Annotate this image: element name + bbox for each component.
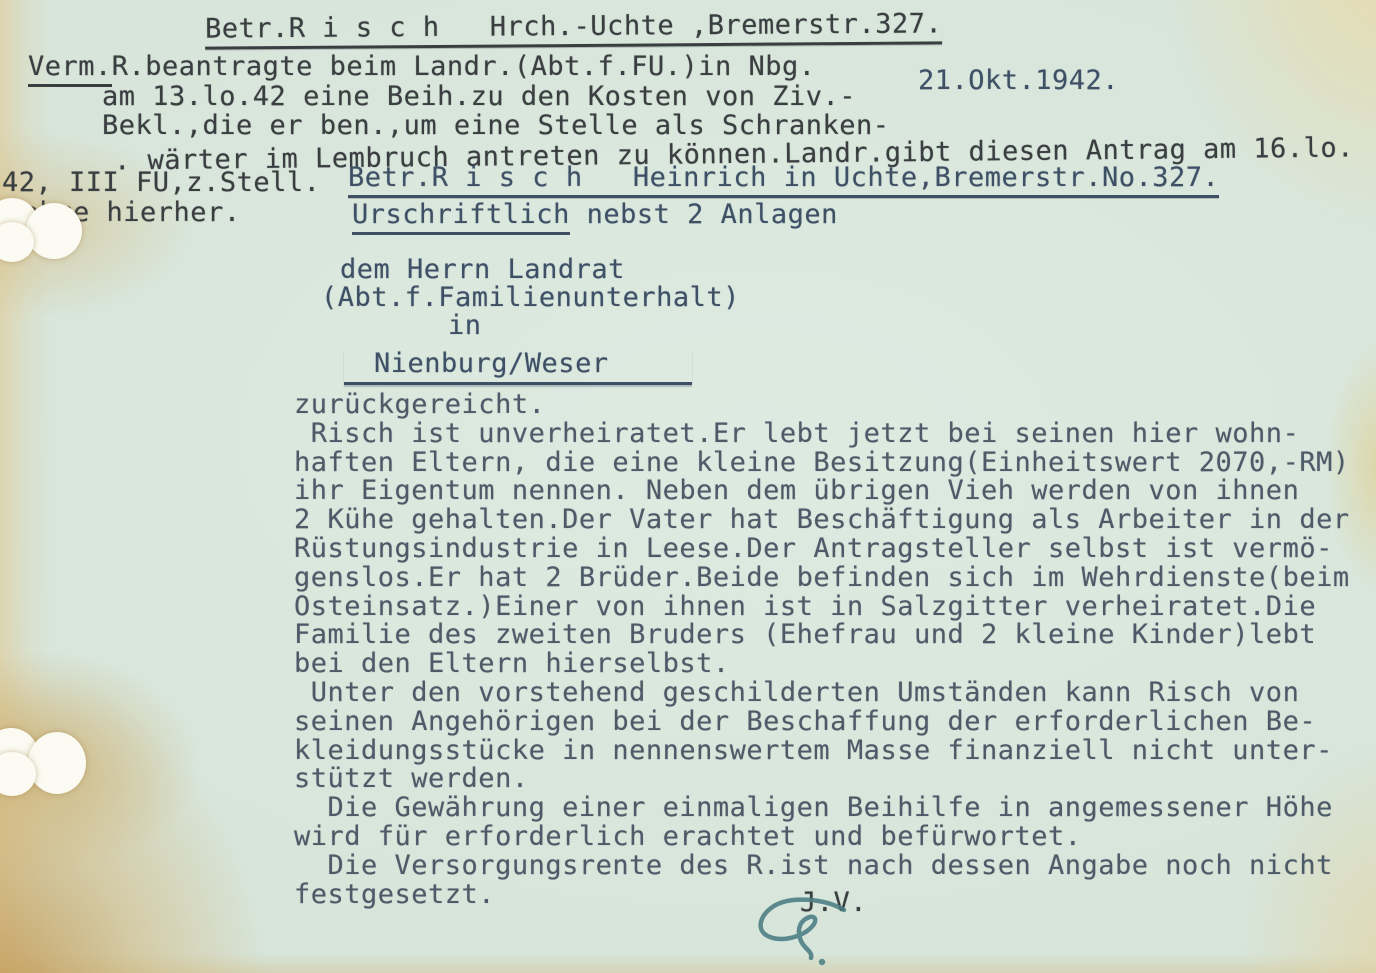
letter-body: zurückgereicht. Risch ist unverheiratet.…: [294, 391, 1350, 909]
body-line: bei den Eltern hierselbst.: [294, 650, 1350, 679]
transmittal-word: Urschriftlich: [352, 199, 570, 235]
body-line: ihr Eigentum nennen. Neben dem übrigen V…: [294, 477, 1350, 506]
body-line: 2 Kühe gehalten.Der Vater hat Beschäftig…: [294, 506, 1350, 535]
recipient-line-1: dem Herrn Landrat: [340, 255, 625, 284]
handwritten-initial-flourish: [752, 896, 882, 970]
reference-subject-line: Betr.R i s c h Heinrich in Uchte,Bremers…: [348, 163, 1219, 192]
date-stamp: 21.Okt.1942.: [918, 66, 1119, 95]
body-line: Unter den vorstehend geschilderten Umstä…: [294, 679, 1350, 708]
transmittal-line: Urschriftlich nebst 2 Anlagen: [352, 200, 838, 229]
body-line: zurückgereicht.: [294, 391, 1350, 420]
annotation-line-4: Bekl.,die er ben.,um eine Stelle als Sch…: [102, 111, 890, 140]
annotation-subject-text: Betr.R i s c h Hrch.-Uchte ,Bremerstr.32…: [205, 8, 942, 49]
annotation-line-3: am 13.lo.42 eine Beih.zu den Kosten von …: [102, 82, 856, 111]
reference-subject-text: Betr.R i s c h Heinrich in Uchte,Bremers…: [348, 162, 1219, 198]
body-line: seinen Angehörigen bei der Beschaffung d…: [294, 708, 1350, 737]
body-line: Die Versorgungsrente des R.ist nach dess…: [294, 852, 1350, 881]
body-line: Risch ist unverheiratet.Er lebt jetzt be…: [294, 420, 1350, 449]
body-line: stützt werden.: [294, 765, 1350, 794]
body-line: Osteinsatz.)Einer von ihnen ist in Salzg…: [294, 593, 1350, 622]
recipient-line-2: (Abt.f.Familienunterhalt): [321, 283, 740, 312]
annotation-line-2-rest: R.beantragte beim Landr.(Abt.f.FU.)in Nb…: [112, 51, 816, 82]
body-line: kleidungsstücke in nennenswertem Masse f…: [294, 737, 1350, 766]
annotation-line-2: Verm.R.beantragte beim Landr.(Abt.f.FU.)…: [28, 52, 816, 81]
body-line: haften Eltern, die eine kleine Besitzung…: [294, 449, 1350, 478]
city-underline-rule: [344, 350, 692, 385]
body-line: wird für erforderlich erachtet und befür…: [294, 823, 1350, 852]
transmittal-rest: nebst 2 Anlagen: [570, 199, 838, 230]
annotation-line-6: 42, III FU,z.Stell.: [2, 168, 320, 197]
recipient-line-3: in: [448, 311, 482, 340]
body-line: Familie des zweiten Bruders (Ehefrau und…: [294, 621, 1350, 650]
body-line: genslos.Er hat 2 Brüder.Beide befinden s…: [294, 564, 1350, 593]
verm-abbrev: Verm.: [28, 51, 112, 87]
annotation-subject-line: Betr.R i s c h Hrch.-Uchte ,Bremerstr.32…: [205, 9, 942, 43]
body-line: Die Gewährung einer einmaligen Beihilfe …: [294, 794, 1350, 823]
document-page: Betr.R i s c h Hrch.-Uchte ,Bremerstr.32…: [0, 0, 1376, 973]
body-line: Rüstungsindustrie in Leese.Der Antragste…: [294, 535, 1350, 564]
